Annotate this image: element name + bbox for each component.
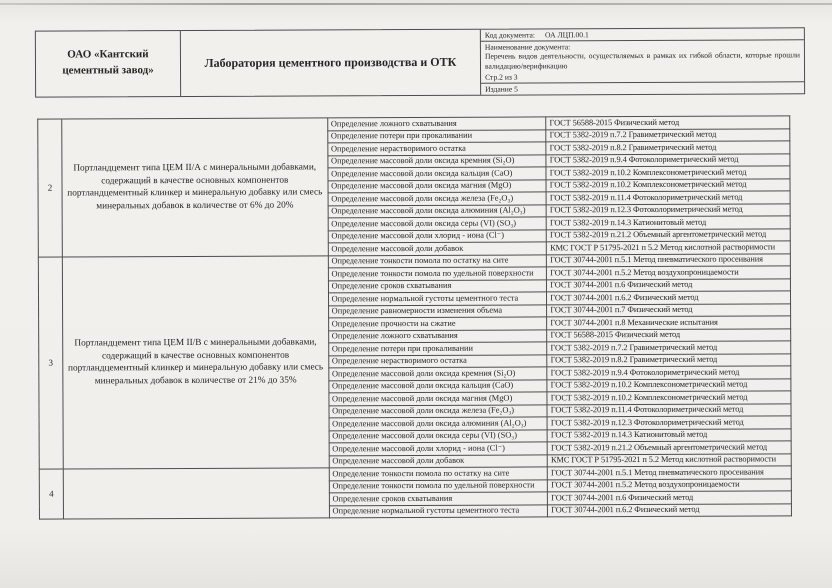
test-method: ГОСТ 30744-2001 п.5.1 Метод пневматическ… [548,466,792,480]
test-name: Определение тонкости помола по остатку н… [329,467,548,480]
test-method: ГОСТ 5382-2019 п.8.2 Гравиметрический ме… [546,141,790,155]
row-number: 3 [38,257,63,470]
test-name: Определение массовой доли оксида кремния… [327,154,546,167]
test-name: Определение массовой доли добавок [328,242,547,255]
test-method: ГОСТ 30744-2001 п.5.2 Метод воздухопрони… [548,478,792,492]
test-name: Определение равномерности изменения объе… [328,304,547,317]
test-method: ГОСТ 5382-2019 п.10.2 Комплексонометриче… [547,378,791,392]
cement-type-description: Портландцемент типа ЦЕМ II/А с минеральн… [62,118,328,257]
doc-name-text: Перечень видов деятельности, осуществляе… [485,50,800,72]
test-name: Определение нормальной густоты цементног… [328,292,547,305]
activities-table-body: 2Портландцемент типа ЦЕМ II/А с минераль… [38,116,792,519]
test-name: Определение сроков схватывания [329,492,548,505]
document-meta: Код документа: ОА ЛЦП.00.1 Наименование … [481,28,804,94]
page-number: Стр.2 из 3 [485,71,800,81]
test-method: ГОСТ 30744-2001 п.6.2 Физический метод [548,503,792,517]
test-method: ГОСТ 5382-2019 п.21.2 Объемный аргентоме… [547,441,791,455]
test-name: Определение массовой доли оксида магния … [329,392,548,405]
document-page: ОАО «Кантский цементный завод» Лаборатор… [0,0,832,588]
test-method: ГОСТ 5382-2019 п.12.3 Фотоколориметричес… [546,203,790,217]
cement-type-description [63,468,329,519]
test-method: ГОСТ 5382-2019 п.21.2 Объемный аргентоме… [546,228,790,242]
test-method: ГОСТ 30744-2001 п.5.1 Метод пневматическ… [547,253,791,267]
test-name: Определение массовой доли добавок [329,454,548,467]
test-name: Определение массовой доли оксида алюмини… [328,204,547,217]
test-method: ГОСТ 5382-2019 п.12.3 Фотоколориметричес… [547,416,791,430]
test-name: Определение нормальной густоты цементног… [329,504,548,517]
test-method: ГОСТ 5382-2019 п.9.4 Фотоколориметрическ… [547,366,791,380]
test-name: Определение массовой доли оксида алюмини… [329,417,548,430]
test-method: ГОСТ 56588-2015 Физический метод [547,328,791,342]
test-name: Определение сроков схватывания [328,279,547,292]
scanned-page-background: ОАО «Кантский цементный завод» Лаборатор… [0,0,832,588]
test-method: КМС ГОСТ Р 51795-2021 п 5.2 Метод кислот… [547,241,791,255]
test-method: ГОСТ 5382-2019 п.10.2 Комплексонометриче… [547,391,791,405]
test-name: Определение ложного схватывания [327,117,546,130]
test-name: Определение массовой доли оксида магния … [328,179,547,192]
test-method: ГОСТ 5382-2019 п.7.2 Гравиметрический ме… [546,128,790,142]
test-name: Определение массовой доли хлорид - иона … [329,442,548,455]
test-method: ГОСТ 56588-2015 Физический метод [546,116,790,130]
test-name: Определение нерастворимого остатка [328,354,547,367]
test-method: ГОСТ 5382-2019 п.10.2 Комплексонометриче… [546,166,790,180]
row-number: 2 [38,119,63,257]
test-name: Определение массовой доли оксида кальция… [328,379,547,392]
test-method: КМС ГОСТ Р 51795-2021 п 5.2 Метод кислот… [547,453,791,467]
row-number: 4 [39,469,63,519]
test-method: ГОСТ 30744-2001 п.5.2 Метод воздухопрони… [547,266,791,280]
test-method: ГОСТ 30744-2001 п.6 Физический метод [547,278,791,292]
test-name: Определение потери при прокаливании [328,342,547,355]
test-name: Определение массовой доли хлорид - иона … [328,229,547,242]
test-name: Определение нерастворимого остатка [327,142,546,155]
test-method: ГОСТ 30744-2001 п.6 Физический метод [548,491,792,505]
test-method: ГОСТ 5382-2019 п.7.2 Гравиметрический ме… [547,341,791,355]
activities-table: 2Портландцемент типа ЦЕМ II/А с минераль… [37,115,792,519]
test-method: ГОСТ 5382-2019 п.14.3 Катионитовый метод [547,428,791,442]
test-name: Определение тонкости помола по остатку н… [328,254,547,267]
doc-code-value: ОА ЛЦП.00.1 [545,30,589,39]
test-method: ГОСТ 5382-2019 п.10.2 Комплексонометриче… [546,178,790,192]
test-name: Определение массовой доли оксида серы (V… [329,429,548,442]
test-name: Определение тонкости помола по удельной … [329,479,548,492]
test-name: Определение массовой доли оксида кремния… [328,367,547,380]
test-name: Определение тонкости помола по удельной … [328,267,547,280]
document-header: ОАО «Кантский цементный завод» Лаборатор… [35,27,805,97]
cement-type-description: Портландцемент типа ЦЕМ II/В с минеральн… [62,255,329,469]
test-method: ГОСТ 5382-2019 п.14.3 Катионитовый метод [546,216,790,230]
doc-code-label: Код документа: [485,30,535,39]
test-method: ГОСТ 5382-2019 п.11.4 Фотоколориметричес… [546,191,790,205]
test-name: Определение массовой доли оксида железа … [329,404,548,417]
test-method: ГОСТ 5382-2019 п.9.4 Фотоколориметрическ… [546,153,790,167]
test-name: Определение массовой доли оксида железа … [328,192,547,205]
test-method: ГОСТ 30744-2001 п.8 Механические испытан… [547,316,791,330]
org-name: ОАО «Кантский цементный завод» [36,31,181,96]
test-name: Определение массовой доли оксида кальция… [328,167,547,180]
edition-row: Издание 5 [481,81,804,94]
department-title: Лаборатория цементного производства и ОТ… [181,30,481,96]
test-name: Определение потери при прокаливании [327,129,546,142]
test-method: ГОСТ 5382-2019 п.8.2 Гравиметрический ме… [547,353,791,367]
test-method: ГОСТ 30744-2001 п.7 Физический метод [547,303,791,317]
doc-name-row: Наименование документа: Перечень видов д… [481,39,804,82]
test-method: ГОСТ 5382-2019 п.11.4 Фотоколориметричес… [547,403,791,417]
test-name: Определение ложного схватывания [328,329,547,342]
test-name: Определение массовой доли оксида серы (V… [328,217,547,230]
test-method: ГОСТ 30744-2001 п.6.2 Физический метод [547,291,791,305]
test-name: Определение прочности на сжатие [328,317,547,330]
